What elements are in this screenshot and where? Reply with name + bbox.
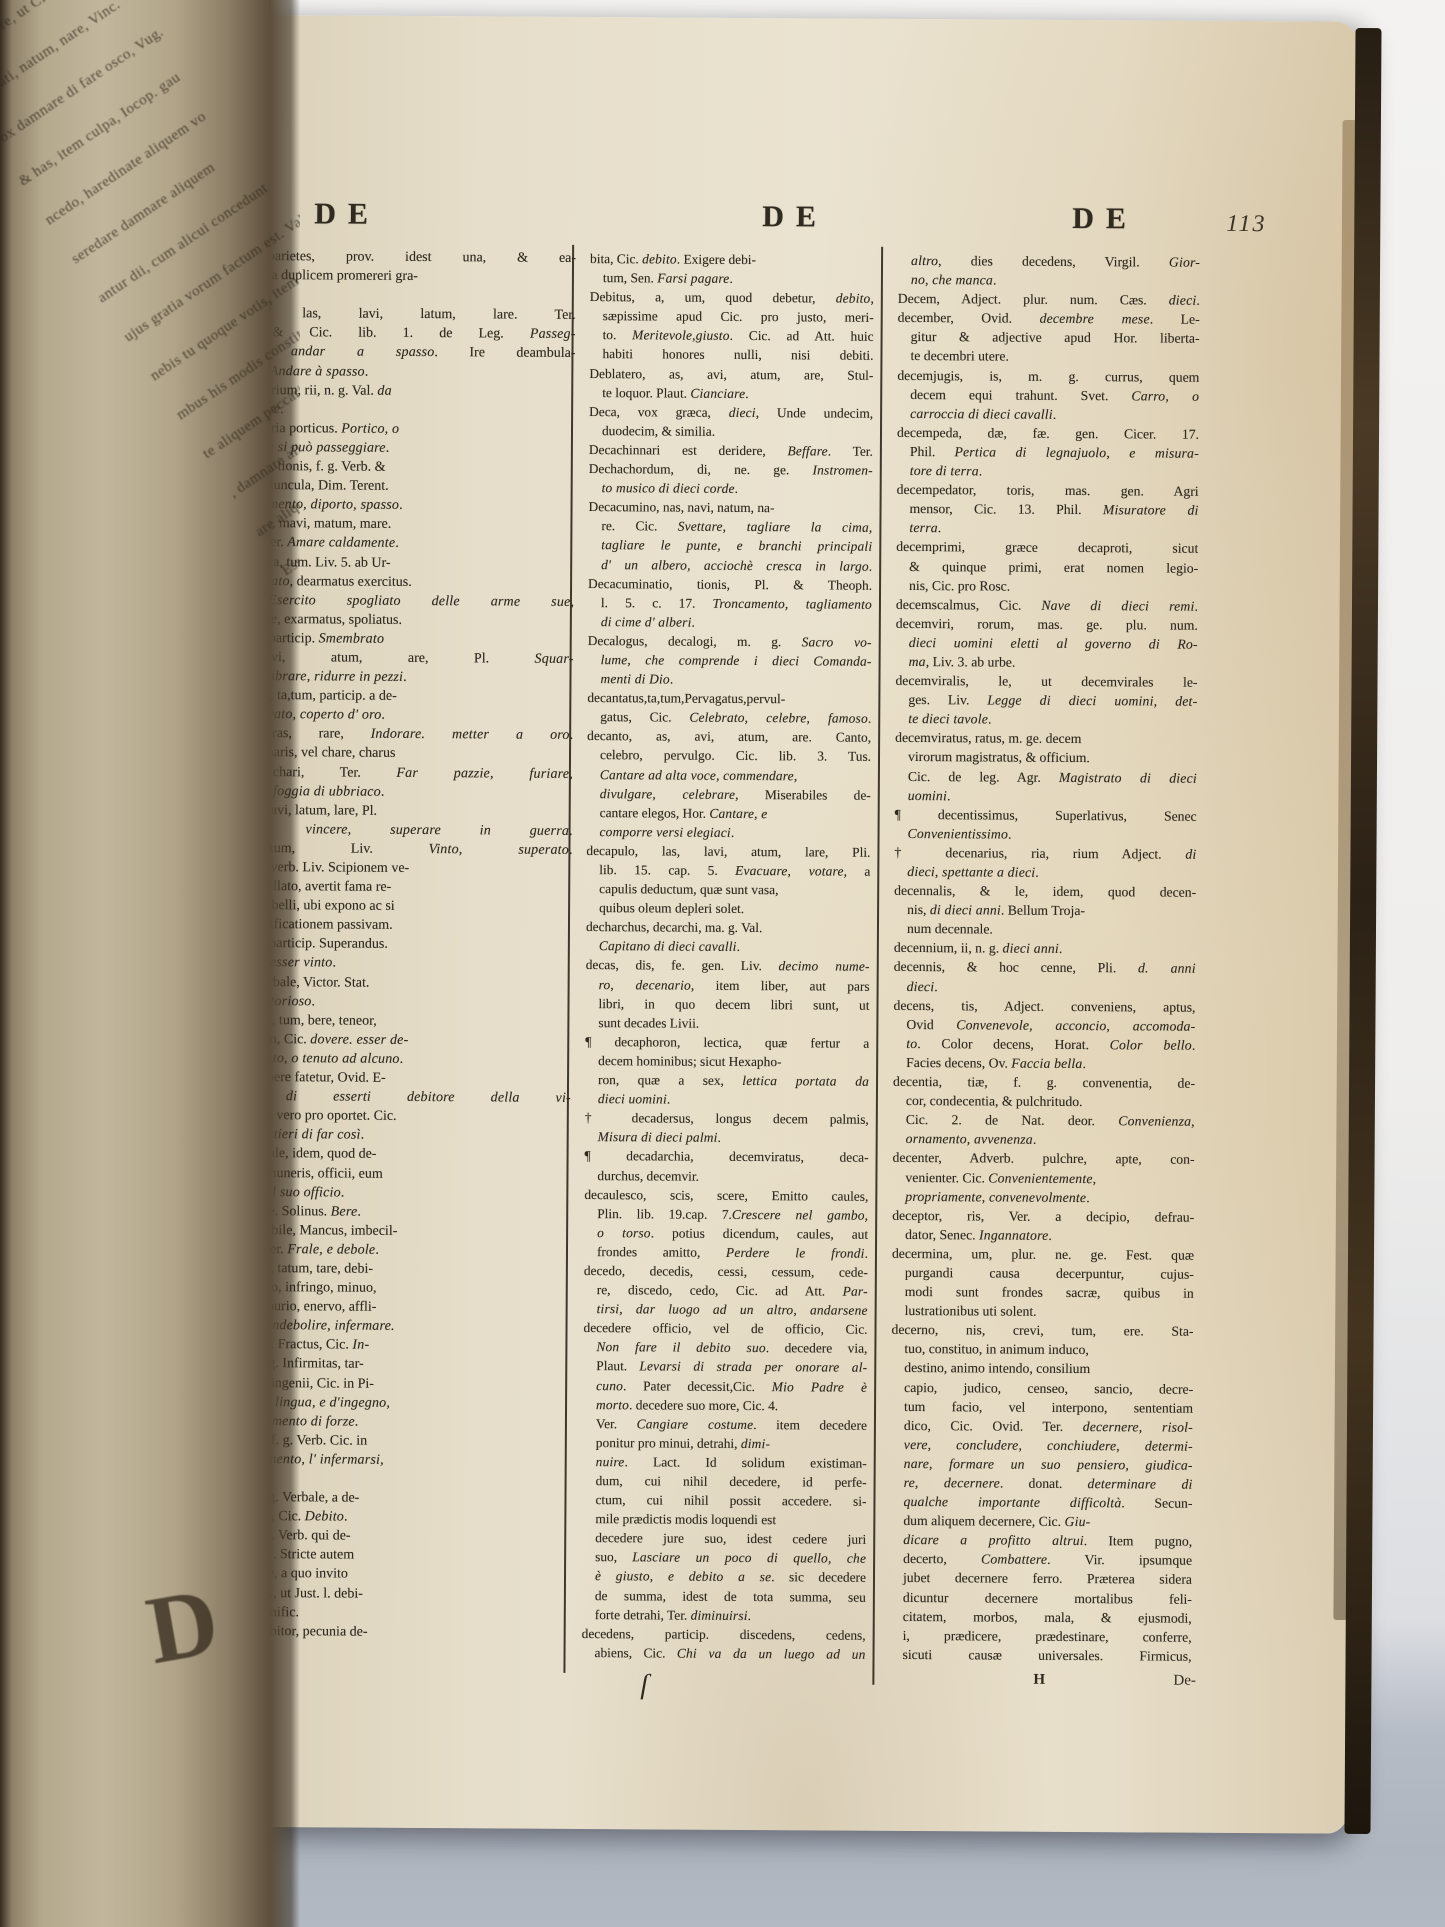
text-line: vere, concludere, conchiudere, determi- bbox=[891, 1435, 1193, 1456]
text-line: decerto, Combattere. Vir. ipsumque bbox=[890, 1549, 1192, 1570]
text-line: venienter. Cic. Convenientemente, bbox=[892, 1167, 1194, 1188]
text-line: quibus oleum depleri solet. bbox=[586, 898, 870, 919]
text-line: te loquor. Plaut. Cianciare. bbox=[589, 383, 873, 404]
text-line: deceptor, ris, Ver. a decipio, defrau- bbox=[892, 1206, 1194, 1227]
text-line: decaulesco, scis, scere, Emitto caules, bbox=[584, 1185, 868, 1206]
text-line: to. Meritevole,giusto. Cic. ad Att. huic bbox=[590, 325, 874, 346]
text-line: tagliare le punte, e branchi principali bbox=[588, 535, 872, 556]
text-line: decapulo, las, lavi, atum, lare, Pli. bbox=[586, 841, 870, 862]
text-line: d' un albero, acciochè cresca in largo. bbox=[588, 555, 872, 576]
text-line: ron, quæ a sex, lettica portata da bbox=[585, 1070, 869, 1091]
text-line: decedere jure suo, idest cedere juri bbox=[582, 1528, 866, 1549]
text-line: Debitus, a, um, quod debetur, debito, bbox=[590, 287, 874, 308]
text-line: abiens, Cic. Chi va da un luego ad un bbox=[581, 1643, 865, 1664]
text-line: decedens, particip. discedens, cedens, bbox=[582, 1624, 866, 1645]
text-line: tore di terra. bbox=[897, 461, 1199, 482]
text-line: decanto, as, avi, atum, are. Canto, bbox=[587, 726, 871, 747]
text-line: decennium, ii, n. g. dieci anni. bbox=[894, 938, 1196, 959]
text-line: Cantare ad alta voce, commendare, bbox=[587, 765, 871, 786]
text-line: Deblatero, as, avi, atum, are, Stul- bbox=[589, 364, 873, 385]
text-line: ornamento, avvenenza. bbox=[893, 1129, 1195, 1150]
text-line: Dechachordum, di, ne. ge. Instromen- bbox=[589, 459, 873, 480]
text-line: purgandi causa decerpuntur, cujus- bbox=[892, 1263, 1194, 1284]
text-line: tuo, constituo, in animum induco, bbox=[891, 1339, 1193, 1360]
text-line: decemviratus, ratus, m. ge. decem bbox=[895, 728, 1197, 749]
text-line: decempedator, toris, mas. gen. Agri bbox=[897, 480, 1199, 501]
text-line: mile prædictis modis loquendi est bbox=[582, 1509, 866, 1530]
text-line: dator, Senec. Ingannatore. bbox=[892, 1225, 1194, 1246]
text-line: propriamente, convenevolmente. bbox=[892, 1186, 1194, 1207]
text-line: Decem, Adject. plur. num. Cæs. dieci. bbox=[898, 289, 1200, 310]
text-line: jubet decernere ferro. Præterea sidera bbox=[890, 1568, 1192, 1589]
text-line: ¶ decadarchia, decemviratus, deca- bbox=[585, 1146, 869, 1167]
text-line: tum, Sen. Farsi pagare. bbox=[590, 268, 874, 289]
text-line: Ovid Convenevole, acconcio, accomoda- bbox=[893, 1015, 1195, 1036]
text-line: decennis, & hoc cenne, Pli. d. anni bbox=[894, 957, 1196, 978]
left-page-text: D Ere patietes, prov. idest una & eabere… bbox=[0, 0, 300, 1177]
text-line: Decacuminatio, tionis, Pl. & Theoph. bbox=[588, 574, 872, 595]
book-page: DE DE DE 113 re parietes, prov. idest un… bbox=[134, 14, 1360, 1833]
text-line: lib. 15. cap. 5. Evacuare, votare, a bbox=[586, 860, 870, 881]
text-column-3: altro, dies decedens, Virgil. Gior-no, c… bbox=[889, 251, 1200, 1671]
text-line: cantare elegos, Hor. Cantare, e bbox=[587, 803, 871, 824]
text-line: decerno, nis, crevi, tum, ere. Sta- bbox=[891, 1320, 1193, 1341]
text-line: libri, in quo decem libri sunt, ut bbox=[585, 994, 869, 1015]
text-line: morto. decedere suo more, Cic. 4. bbox=[583, 1395, 867, 1416]
text-line: re, discedo, cedo, Cic. ad Att. Par- bbox=[584, 1280, 868, 1301]
text-line: tirsi, dar luogo ad un altro, andarsene bbox=[584, 1299, 868, 1320]
text-line: to. Color decens, Horat. Color bello. bbox=[893, 1034, 1195, 1055]
brace-mark: ſ bbox=[640, 1669, 648, 1701]
text-line: dum aliquem decernere, Cic. Giu- bbox=[890, 1511, 1192, 1532]
text-line: altro, dies decedens, Virgil. Gior- bbox=[898, 251, 1200, 272]
text-line: decemscalmus, Cic. Nave di dieci remi. bbox=[896, 595, 1198, 616]
text-line: decedo, decedis, cessi, cessum, cede- bbox=[584, 1261, 868, 1282]
text-line: decemjugis, is, m. g. currus, quem bbox=[897, 365, 1199, 386]
text-line: o torso. potius dicendum, caules, aut bbox=[584, 1223, 868, 1244]
text-line: bita, Cic. debito. Exigere debi- bbox=[590, 249, 874, 270]
text-line: divulgare, celebrare, Miserabiles de- bbox=[587, 784, 871, 805]
text-line: gatus, Cic. Celebrato, celebre, famoso. bbox=[587, 707, 871, 728]
text-line: † decenarius, ria, rium Adject. di bbox=[894, 843, 1196, 864]
text-line: carroccia di dieci cavalli. bbox=[897, 404, 1199, 425]
text-line: Phil. Pertica di legnajuolo, e misura- bbox=[897, 442, 1199, 463]
text-line: decempeda, dæ, fæ. gen. Cicer. 17. bbox=[897, 423, 1199, 444]
text-line: habiti honores nulli, nisi debiti. bbox=[589, 344, 873, 365]
text-line: decas, dis, fe. gen. Liv. decimo nume- bbox=[586, 955, 870, 976]
text-line: qualche importante difficoltà. Secun- bbox=[890, 1492, 1192, 1513]
text-line: nuire. Lact. Id solidum existiman- bbox=[583, 1452, 867, 1473]
text-line: dico, Cic. Ovid. Ter. decernere, risol- bbox=[891, 1416, 1193, 1437]
text-line: gitur & adjective apud Hor. liberta- bbox=[898, 327, 1200, 348]
text-line: Plaut. Levarsi di strada per onorare al- bbox=[583, 1356, 867, 1377]
text-line: comporre versi elegiaci. bbox=[587, 822, 871, 843]
text-line: re. Cic. Svettare, tagliare la cima, bbox=[588, 516, 872, 537]
book-photo: DE DE DE 113 re parietes, prov. idest un… bbox=[0, 0, 1445, 1927]
text-line: dieci, spettante a dieci. bbox=[894, 862, 1196, 883]
text-line: ¶ decaphoron, lectica, quæ fertur a bbox=[585, 1032, 869, 1053]
text-line: nare, formare un suo pensiero, giudica- bbox=[891, 1454, 1193, 1475]
text-line: capulis deductum, quæ sunt vasa, bbox=[586, 879, 870, 900]
text-line: di cime d' alberi. bbox=[588, 612, 872, 633]
text-line: decenter, Adverb. pulchre, apte, con- bbox=[893, 1148, 1195, 1169]
text-line: nis, di dieci anni. Bellum Troja- bbox=[894, 900, 1196, 921]
text-line: Decacumino, nas, navi, natum, na- bbox=[588, 497, 872, 518]
text-line: terra. bbox=[896, 518, 1198, 539]
text-line: decemviralis, le, ut decemvirales le- bbox=[895, 671, 1197, 692]
text-line: to musico di dieci corde. bbox=[589, 478, 873, 499]
left-page-curved: D Ere patietes, prov. idest una & eabere… bbox=[0, 0, 300, 1927]
signature-mark: H bbox=[1033, 1672, 1045, 1689]
text-line: tum facio, vel interpono, sententiam bbox=[891, 1397, 1193, 1418]
text-line: decem hominibus; sicut Hexapho- bbox=[585, 1051, 869, 1072]
text-line: forte detrahi, Ter. diminuirsi. bbox=[582, 1605, 866, 1626]
left-page-initial: D bbox=[139, 1565, 227, 1686]
text-line: ro, decenario, item liber, aut pars bbox=[586, 975, 870, 996]
text-line: lume, che comprende i dieci Comanda- bbox=[588, 650, 872, 671]
running-header-col1: DE bbox=[314, 197, 380, 231]
text-line: no, che manca. bbox=[898, 270, 1200, 291]
text-line: Decachinnari est deridere, Beffare. Ter. bbox=[589, 440, 873, 461]
text-line: decermina, um, plur. ne. ge. Fest. quæ bbox=[892, 1244, 1194, 1265]
text-line: virorum magistratus, & officium. bbox=[895, 747, 1197, 768]
text-line: ctum, cui nihil possit accedere. si- bbox=[582, 1490, 866, 1511]
text-line: Non fare il debito suo. decedere via, bbox=[583, 1337, 867, 1358]
column-rule-2 bbox=[872, 247, 883, 1685]
page-number: 113 bbox=[1226, 211, 1266, 238]
text-line: Cic. de leg. Agr. Magistrato di dieci bbox=[895, 766, 1197, 787]
text-line: l. 5. c. 17. Troncamento, tagliamento bbox=[588, 593, 872, 614]
text-line: decedere officio, vel de officio, Cic. bbox=[583, 1318, 867, 1339]
text-line: ¶ decentissimus, Superlativus, Senec bbox=[895, 805, 1197, 826]
text-line: num decennale. bbox=[894, 919, 1196, 940]
text-line: decantatus,ta,tum,Pervagatus,pervul- bbox=[587, 688, 871, 709]
text-line: i, prædicere, prædestinare, conferre, bbox=[890, 1626, 1192, 1647]
text-line: cuno. Pater decessit,Cic. Mio Padre è bbox=[583, 1376, 867, 1397]
catchword: De- bbox=[1173, 1673, 1196, 1690]
text-line: Capitano di dieci cavalli. bbox=[586, 936, 870, 957]
text-line: te dieci tavole. bbox=[895, 709, 1197, 730]
text-line: decens, tis, Adject. conveniens, aptus, bbox=[893, 996, 1195, 1017]
text-line: duodecim, & similia. bbox=[589, 421, 873, 442]
text-line: decemprimi, græce decaproti, sicut bbox=[896, 537, 1198, 558]
text-line: citatem, morbos, mala, & ejusmodi, bbox=[890, 1607, 1192, 1628]
text-line: Ver. Cangiare costume. item decedere bbox=[583, 1414, 867, 1435]
text-line: capio, judico, censeo, sancio, decre- bbox=[891, 1377, 1193, 1398]
text-line: re, decernere. donat. determinare di bbox=[891, 1473, 1193, 1494]
text-column-2: bita, Cic. debito. Exigere debi-tum, Sen… bbox=[581, 249, 874, 1669]
text-line: nis, Cic. pro Rosc. bbox=[896, 575, 1198, 596]
text-line: Cic. 2. de Nat. deor. Convenienza, bbox=[893, 1110, 1195, 1131]
text-line: sunt decades Livii. bbox=[585, 1013, 869, 1034]
text-line: durchus, decemvir. bbox=[584, 1166, 868, 1187]
running-header-col2: DE bbox=[762, 200, 828, 234]
text-line: de summa, idest de tota summa, seu bbox=[582, 1586, 866, 1607]
text-line: decem equi trahunt. Svet. Carro, o bbox=[897, 385, 1199, 406]
text-line: Plin. lib. 19.cap. 7.Crescere nel gambo, bbox=[584, 1204, 868, 1225]
text-line: suo, Lasciare un poco di quello, che bbox=[582, 1547, 866, 1568]
text-line: dieci uomini eletti al governo di Ro- bbox=[896, 633, 1198, 654]
text-line: sæpissime apud Cic. pro justo, meri- bbox=[590, 306, 874, 327]
text-line: decharchus, decarchi, ma. g. Val. bbox=[586, 917, 870, 938]
text-line: ma, Liv. 3. ab urbe. bbox=[896, 652, 1198, 673]
text-line: lustrationibus uti solent. bbox=[892, 1301, 1194, 1322]
text-line: Convenientissimo. bbox=[894, 824, 1196, 845]
text-line: uomini. bbox=[895, 786, 1197, 807]
text-line: te decembri utere. bbox=[897, 346, 1199, 367]
text-line: destino, animo intendo, consilium bbox=[891, 1358, 1193, 1379]
text-line: december, Ovid. decembre mese. Le- bbox=[898, 308, 1200, 329]
text-line: decemviri, rorum, mas. ge. plu. num. bbox=[896, 614, 1198, 635]
text-line: dum, cui nihil decedere, id perfe- bbox=[583, 1471, 867, 1492]
text-line: ponitur pro minui, detrahi, dimi- bbox=[583, 1433, 867, 1454]
text-line: mensor, Cic. 13. Phil. Misuratore di bbox=[896, 499, 1198, 520]
text-line: è giusto, e debito a se. sic decedere bbox=[582, 1566, 866, 1587]
text-line: † decadersus, longus decem palmis, bbox=[585, 1108, 869, 1129]
text-line: modi sunt frondes sacræ, quibus in bbox=[892, 1282, 1194, 1303]
running-header-col3: DE bbox=[1072, 202, 1138, 236]
text-line: ges. Liv. Legge di dieci uomini, det- bbox=[895, 690, 1197, 711]
text-line: sicuti causæ universales. Firmicus, bbox=[889, 1645, 1191, 1666]
text-line: dicuntur decernere mortalibus feli- bbox=[890, 1587, 1192, 1608]
text-line: dicare a profitto altrui. Item pugno, bbox=[890, 1530, 1192, 1551]
text-line: menti di Dio. bbox=[587, 669, 871, 690]
text-line: dieci uomini. bbox=[585, 1089, 869, 1110]
text-line: dieci. bbox=[894, 976, 1196, 997]
text-line: celebro, pervulgo. Cic. lib. 3. Tus. bbox=[587, 745, 871, 766]
text-line: decennalis, & le, idem, quod decen- bbox=[894, 881, 1196, 902]
text-line: decentia, tiæ, f. g. convenentia, de- bbox=[893, 1072, 1195, 1093]
text-line: cor, condecentia, & pulchritudo. bbox=[893, 1091, 1195, 1112]
text-line: Facies decens, Ov. Faccia bella. bbox=[893, 1053, 1195, 1074]
text-line: Misura di dieci palmi. bbox=[585, 1127, 869, 1148]
text-line: Deca, vox græca, dieci, Unde undecim, bbox=[589, 402, 873, 423]
text-line: frondes amitto, Perdere le frondi. bbox=[584, 1242, 868, 1263]
text-line: Decalogus, decalogi, m. g. Sacro vo- bbox=[588, 631, 872, 652]
text-line: & quinque primi, erat nomen legio- bbox=[896, 556, 1198, 577]
